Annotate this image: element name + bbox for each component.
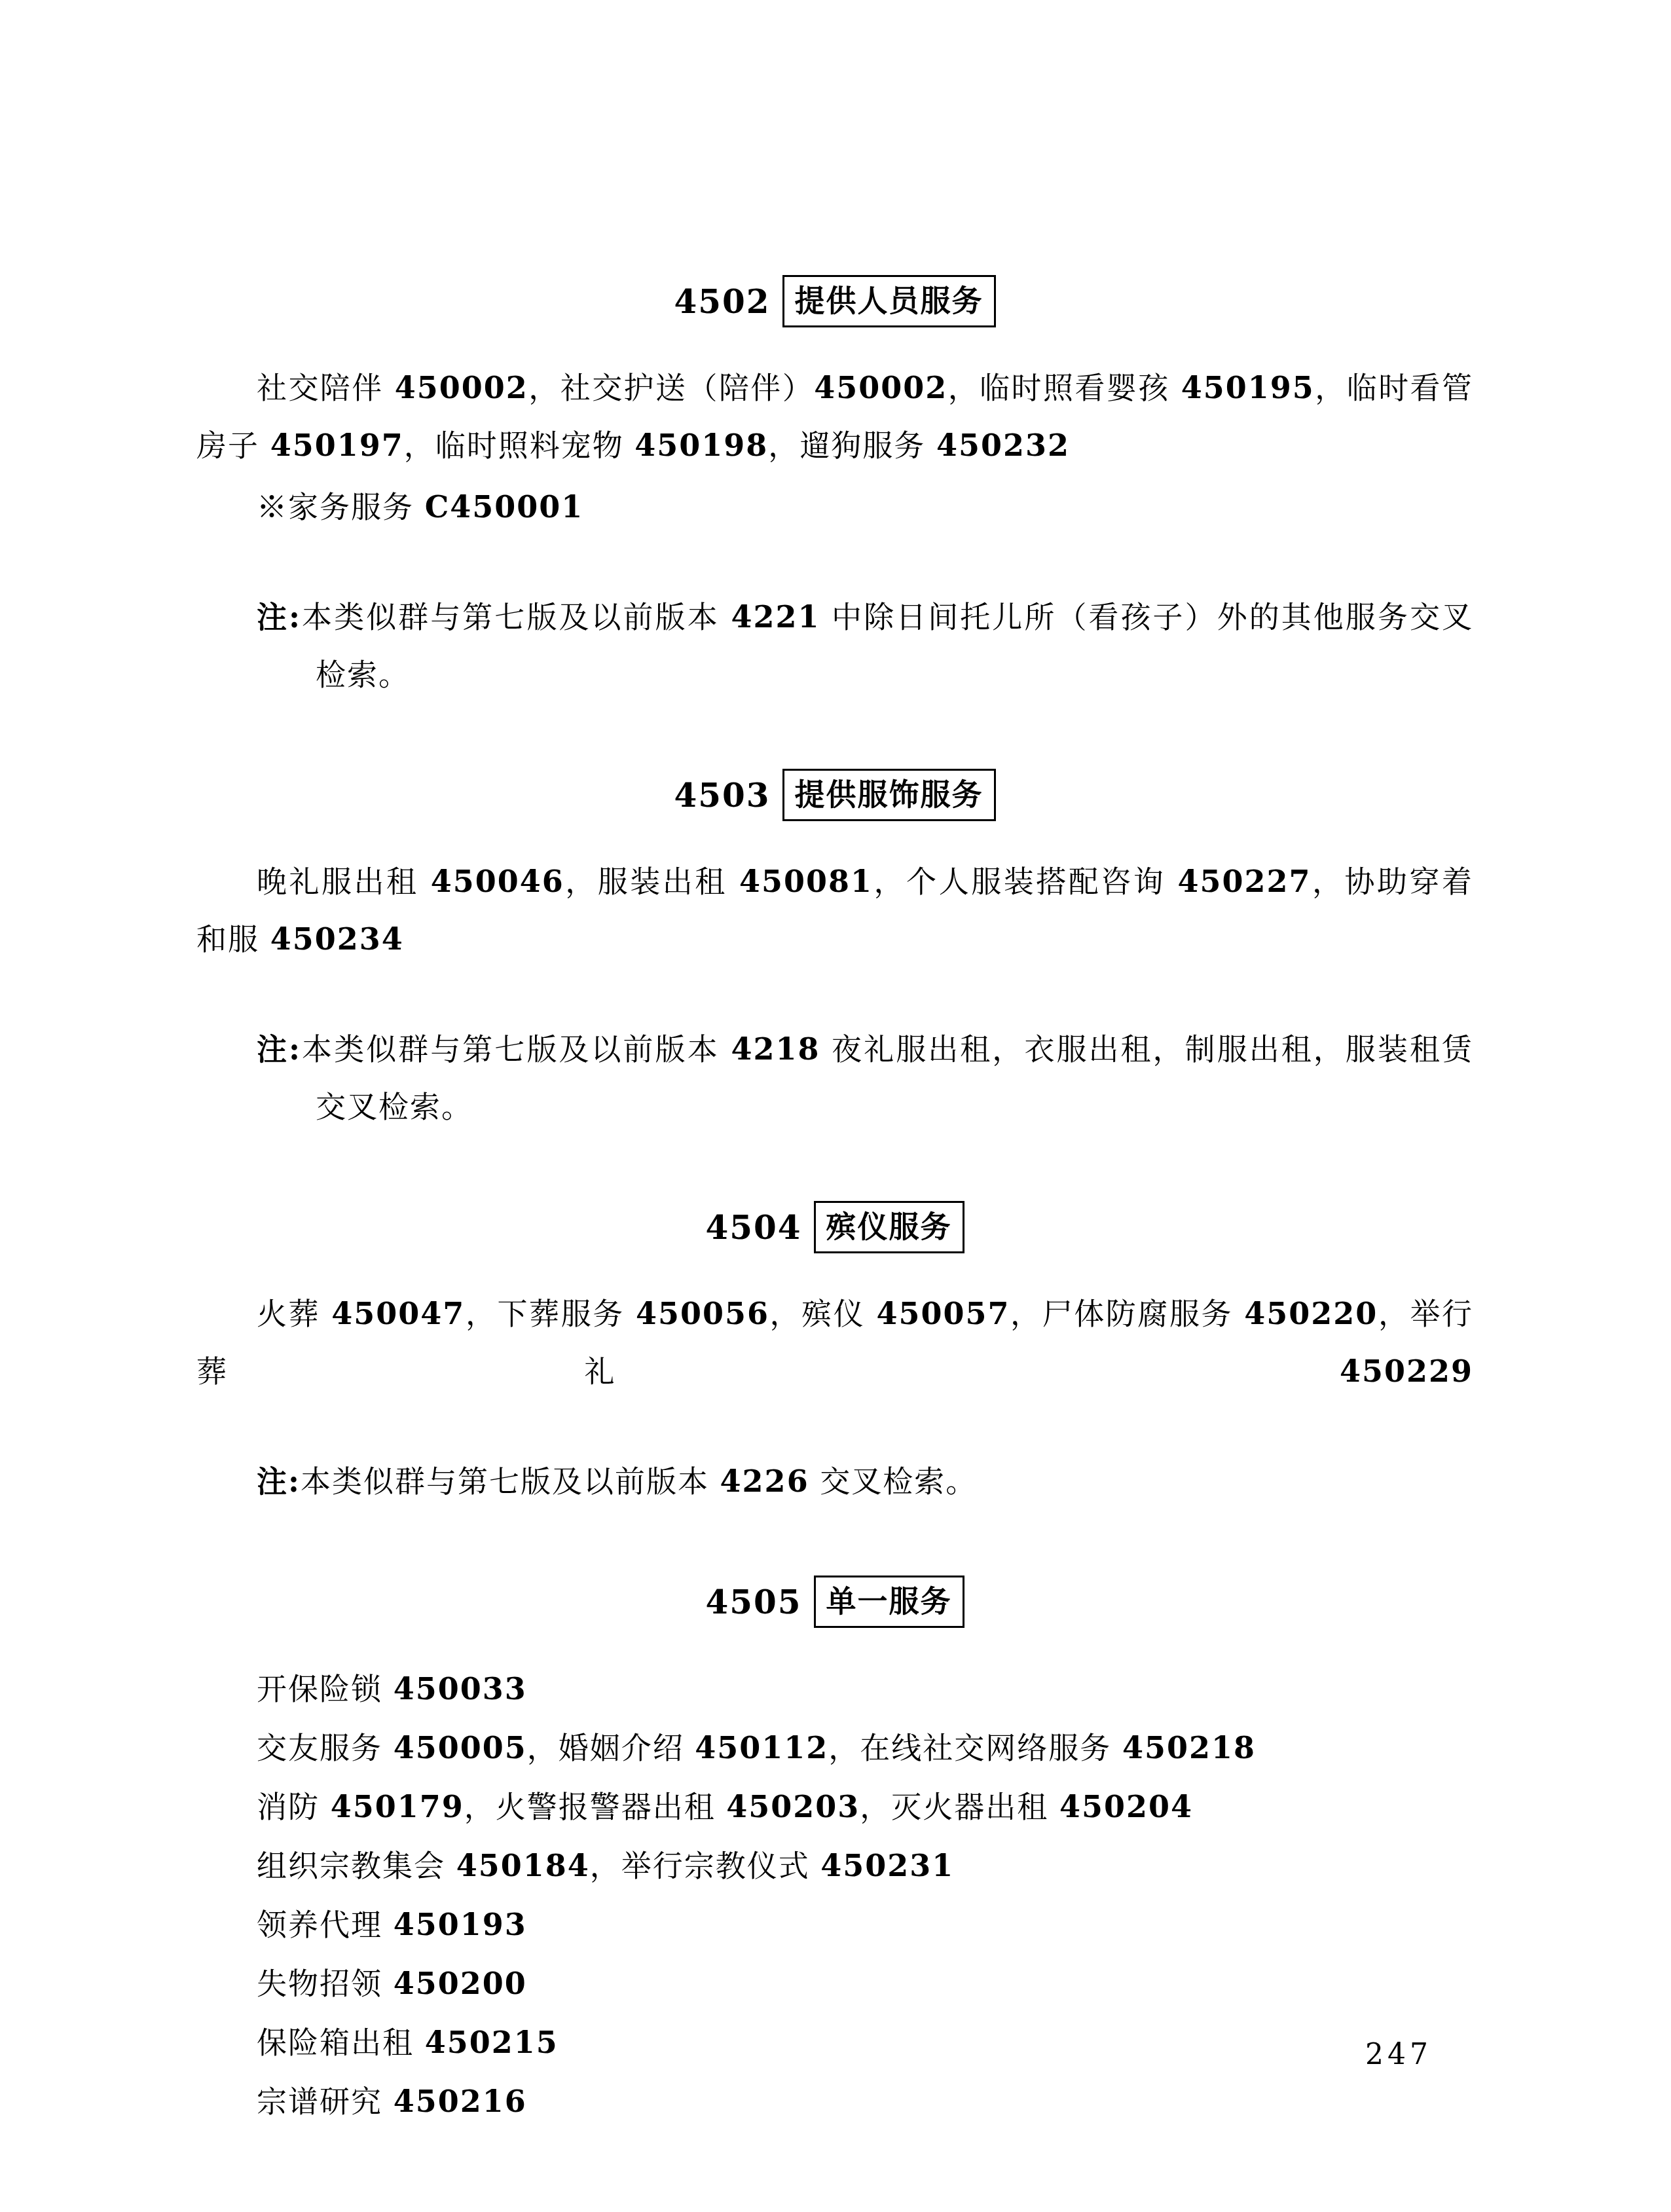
section-title-box: 提供人员服务 <box>782 275 996 327</box>
note-text: 本类似群与第七版及以前版本 4226 交叉检索。 <box>301 1464 977 1499</box>
section-code: 4505 <box>705 1583 801 1621</box>
service-item-list: 开保险锁 450033 交友服务 450005，婚姻介绍 450112，在线社交… <box>196 1659 1473 2131</box>
section-heading: 4505 单一服务 <box>196 1576 1473 1628</box>
section-title-box: 单一服务 <box>814 1576 964 1628</box>
service-item: 宗谱研究 450216 <box>196 2072 1473 2131</box>
page-content: 4502 提供人员服务 社交陪伴 450002，社交护送（陪伴）450002，临… <box>196 275 1473 2131</box>
note-label: 注: <box>257 1464 301 1499</box>
section-code: 4503 <box>674 776 770 815</box>
section-code: 4504 <box>705 1208 801 1247</box>
service-item: 失物招领 450200 <box>196 1954 1473 2013</box>
section-heading: 4503 提供服饰服务 <box>196 769 1473 821</box>
note-text: 本类似群与第七版及以前版本 4221 中除日间托儿所（看孩子）外的其他服务交叉检… <box>301 599 1473 692</box>
service-list-paragraph: 晚礼服出租 450046，服装出租 450081，个人服装搭配咨询 450227… <box>196 853 1473 968</box>
section-title-box: 提供服饰服务 <box>782 769 996 821</box>
section-4503: 4503 提供服饰服务 晚礼服出租 450046，服装出租 450081，个人服… <box>196 769 1473 1135</box>
section-note: 注:本类似群与第七版及以前版本 4226 交叉检索。 <box>257 1452 1473 1510</box>
service-item: 交友服务 450005，婚姻介绍 450112，在线社交网络服务 450218 <box>196 1718 1473 1777</box>
section-code: 4502 <box>674 282 770 321</box>
section-4504: 4504 殡仪服务 火葬 450047，下葬服务 450056，殡仪 45005… <box>196 1201 1473 1510</box>
document-page: 4502 提供人员服务 社交陪伴 450002，社交护送（陪伴）450002，临… <box>0 0 1671 2212</box>
note-label: 注: <box>257 599 301 635</box>
section-heading: 4504 殡仪服务 <box>196 1201 1473 1253</box>
note-text: 本类似群与第七版及以前版本 4218 夜礼服出租，衣服出租，制服出租，服装租赁交… <box>301 1031 1473 1124</box>
service-item: 开保险锁 450033 <box>196 1659 1473 1718</box>
section-heading: 4502 提供人员服务 <box>196 275 1473 327</box>
service-list-paragraph: 社交陪伴 450002，社交护送（陪伴）450002，临时照看婴孩 450195… <box>196 359 1473 474</box>
service-item: 领养代理 450193 <box>196 1895 1473 1954</box>
section-title-box: 殡仪服务 <box>814 1201 964 1253</box>
section-4502: 4502 提供人员服务 社交陪伴 450002，社交护送（陪伴）450002，临… <box>196 275 1473 703</box>
page-number: 247 <box>1365 2038 1432 2071</box>
section-note: 注:本类似群与第七版及以前版本 4218 夜礼服出租，衣服出租，制服出租，服装租… <box>257 1020 1473 1135</box>
section-note: 注:本类似群与第七版及以前版本 4221 中除日间托儿所（看孩子）外的其他服务交… <box>257 588 1473 703</box>
c-code-line: ※家务服务 C450001 <box>196 478 1473 536</box>
note-label: 注: <box>257 1031 301 1067</box>
service-item: 保险箱出租 450215 <box>196 2013 1473 2072</box>
service-list-paragraph: 火葬 450047，下葬服务 450056，殡仪 450057，尸体防腐服务 4… <box>196 1285 1473 1400</box>
section-4505: 4505 单一服务 开保险锁 450033 交友服务 450005，婚姻介绍 4… <box>196 1576 1473 2131</box>
service-item: 组织宗教集会 450184，举行宗教仪式 450231 <box>196 1836 1473 1895</box>
service-item: 消防 450179，火警报警器出租 450203，灭火器出租 450204 <box>196 1777 1473 1836</box>
